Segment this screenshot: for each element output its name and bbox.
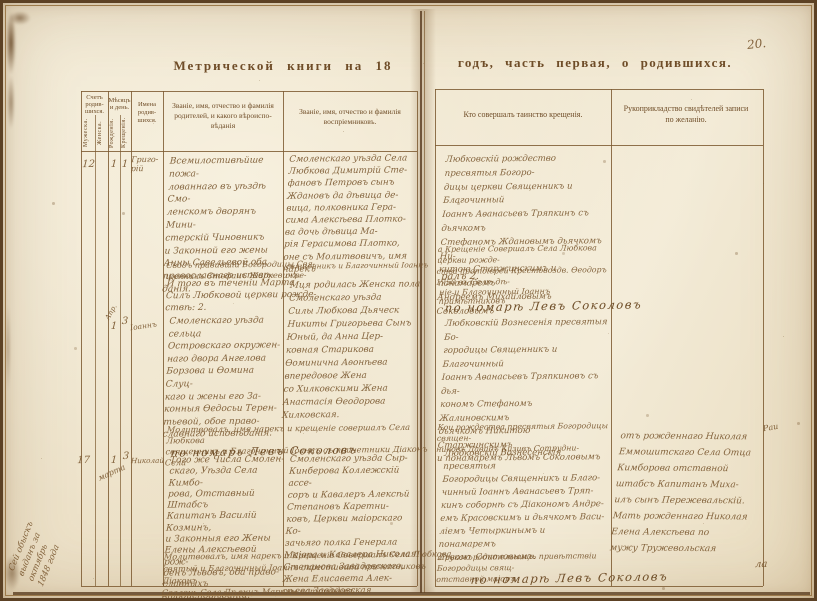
table-line	[435, 89, 436, 586]
column-header-count: Счетъ родив- шихся.	[81, 94, 108, 115]
column-header-date-baptized: Крещенія.	[121, 116, 130, 150]
page-title-left: Метрической книги на 18	[153, 58, 413, 74]
entry1-count: 12	[82, 159, 96, 170]
entry2-godparents: Мця родилась Женска пола Смоленскаго уѣз…	[282, 278, 424, 422]
entry1-baptized-day: 1	[120, 159, 131, 170]
officiant2-emphasis: по номарѣ Левъ Соколовъ	[444, 297, 643, 314]
entry1-godparents: Смоленскаго уѣзда Села Любкова Димитрій …	[282, 152, 421, 275]
witness-flourish: ла	[755, 559, 768, 570]
column-header-date-born: Рожденія.	[109, 116, 119, 150]
table-line	[611, 89, 612, 586]
ink-smudge	[9, 11, 31, 25]
column-header-names: Имена родив- шихся.	[132, 101, 162, 125]
table-line	[435, 145, 763, 146]
paper-speckles	[3, 3, 4, 4]
ink-smudge	[5, 303, 11, 393]
column-header-witnesses: Рукоприкладство свидѣтелей записи по жел…	[615, 103, 757, 125]
column-header-officiant: Кто совершалъ таинство крещенія.	[443, 109, 603, 120]
witness-signature: отъ рожденнаго Николая Еммошитскаго Села…	[609, 428, 793, 557]
entry3-note: Молитвовалъ, имя нарекъ и Крещеніе Совер…	[161, 547, 454, 598]
table-subline	[120, 115, 121, 586]
officiant1-tally: ралъ 2.	[441, 271, 502, 283]
metrical-book-scan: Метрической книги на 18 годъ, часть перв…	[0, 0, 817, 601]
column-header-count-male: Мужеска.	[83, 116, 94, 150]
margin-note-rotated: Сей обыскъ выданъ за октябрь 1848 года	[7, 457, 91, 589]
officiant3-emphasis: по номарѣ Левъ Соколовъ	[470, 569, 669, 586]
page-title-right: годъ, часть первая, о родившихся.	[445, 55, 745, 71]
officiant3-text: Любковскій Вознесенскія пресвятыя Богоро…	[437, 446, 608, 565]
page-number: 20.	[746, 36, 766, 52]
entry2-born-day: 1	[109, 321, 120, 332]
table-line	[435, 89, 763, 90]
column-header-godparents: Званіе, имя, отчество и фамилія воспріем…	[285, 107, 415, 127]
entry1-name: Григо- рій	[130, 155, 162, 173]
entry1-born-day: 1	[109, 159, 120, 170]
entry3-baptized-day: 3	[121, 451, 132, 462]
entry3-count: 17	[75, 455, 93, 466]
column-header-count-female: Женска.	[97, 116, 108, 150]
gutter-line-2	[424, 11, 425, 593]
column-header-parents: Званіе, имя, отчество и фамилія родителе…	[165, 101, 281, 131]
entry2-baptized-day: 3	[120, 316, 131, 327]
entry3-name: Николай	[131, 456, 165, 465]
column-header-date: Мѣсяцъ и день.	[108, 97, 131, 111]
table-line	[163, 91, 164, 586]
entry2-name: Іоаннъ	[130, 319, 164, 333]
entry3-born-day: 1	[109, 455, 120, 466]
table-subline	[95, 115, 96, 586]
ink-smudge	[7, 75, 15, 130]
